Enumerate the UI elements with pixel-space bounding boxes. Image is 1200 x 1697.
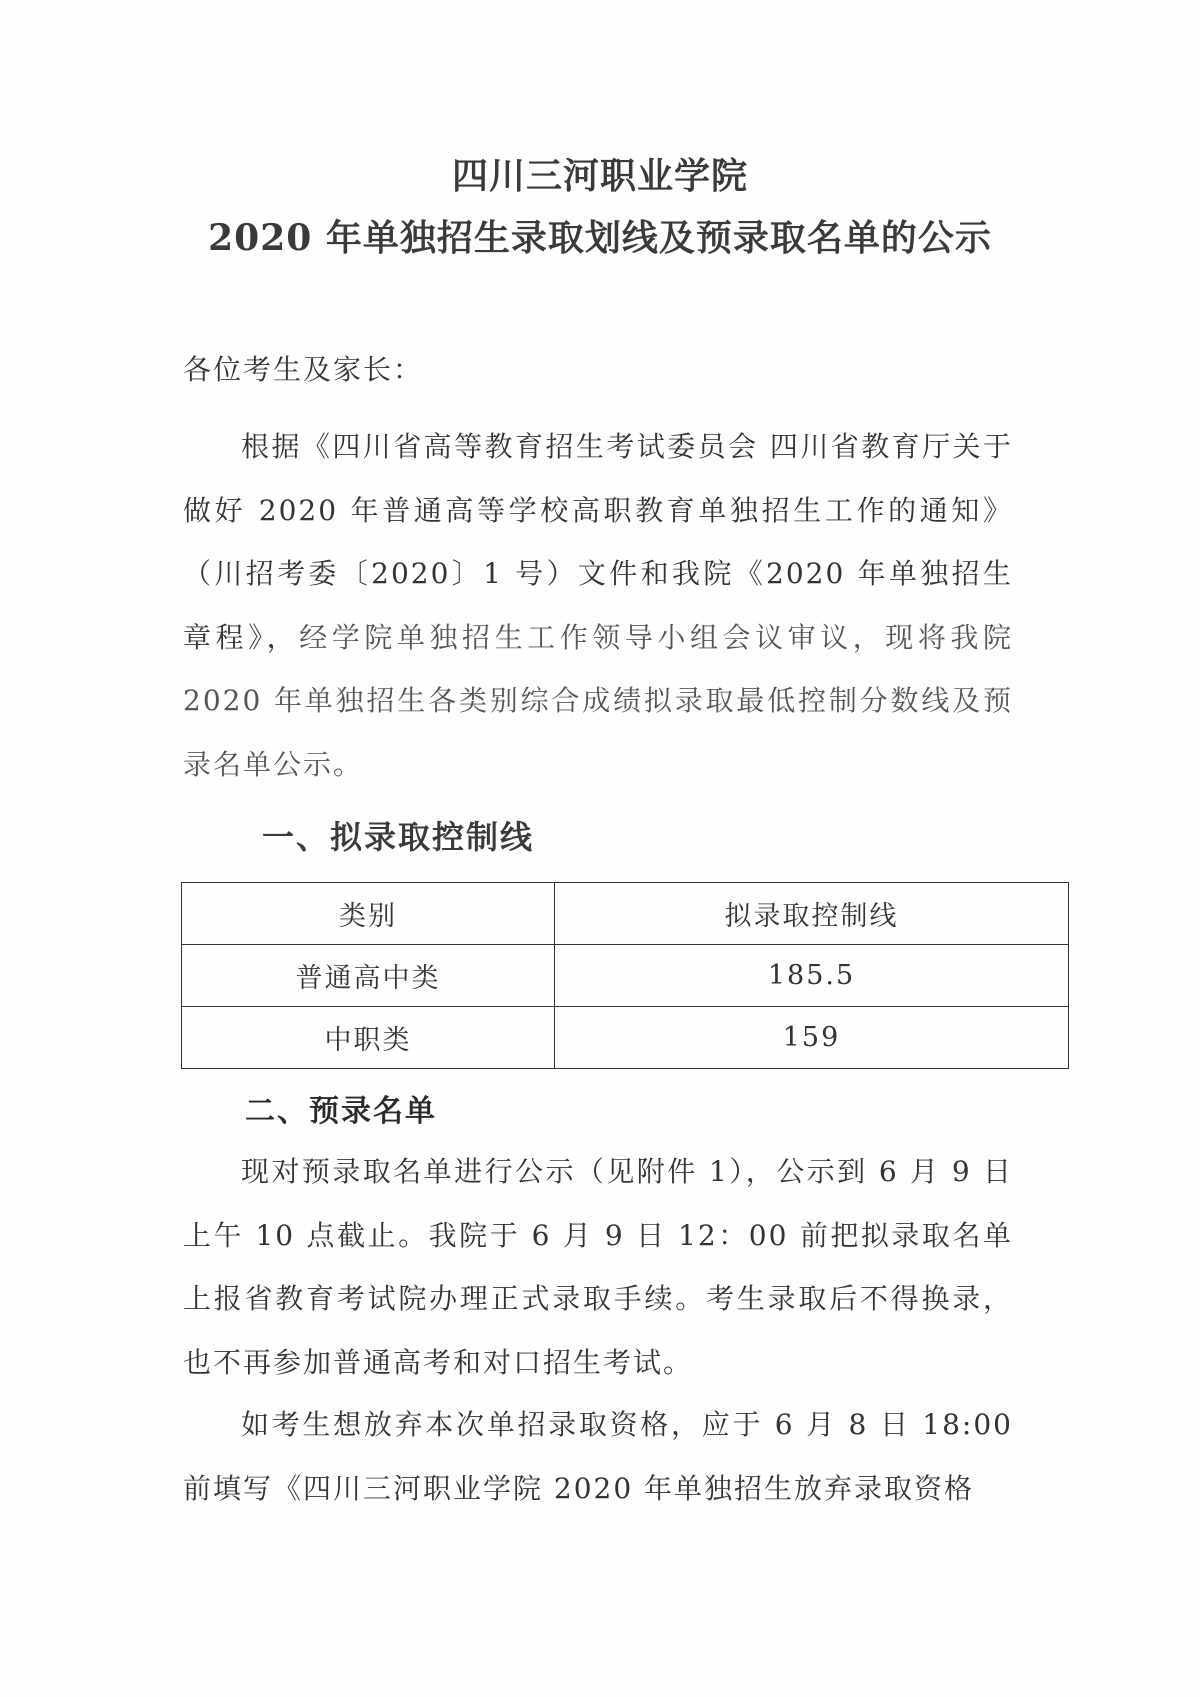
table-cell-score: 185.5	[555, 945, 1069, 1007]
paragraph-intro: 根据《四川省高等教育招生考试委员会 四川省教育厅关于做好 2020 年普通高等学…	[183, 415, 1013, 796]
greeting: 各位考生及家长：	[183, 338, 1013, 402]
document-title-institution: 四川三河职业学院	[0, 148, 1200, 199]
table-header-control-line: 拟录取控制线	[555, 883, 1069, 945]
section-heading-control-line: 一、拟录取控制线	[262, 812, 534, 858]
table-row: 普通高中类 185.5	[182, 945, 1069, 1007]
document-title-notice: 2020 年单独招生录取划线及预录取名单的公示	[0, 210, 1200, 261]
paragraph-intro-part2: 经学院单独招生工作领导小组会议审议，现将我院 2020 年单独招生各类别综合成绩…	[183, 621, 1013, 781]
control-line-table: 类别 拟录取控制线 普通高中类 185.5 中职类 159	[181, 882, 1069, 1069]
section-heading-pre-admission-list: 二、预录名单	[245, 1086, 437, 1130]
table-cell-category: 中职类	[182, 1007, 555, 1069]
paragraph-publicity: 现对预录取名单进行公示（见附件 1），公示到 6 月 9 日上午 10 点截止。…	[183, 1140, 1013, 1394]
table-header-category: 类别	[182, 883, 555, 945]
table-row: 中职类 159	[182, 1007, 1069, 1069]
table-header-row: 类别 拟录取控制线	[182, 883, 1069, 945]
document-page: 四川三河职业学院 2020 年单独招生录取划线及预录取名单的公示 各位考生及家长…	[0, 0, 1200, 1697]
table-cell-category: 普通高中类	[182, 945, 555, 1007]
paragraph-withdrawal: 如考生想放弃本次单招录取资格，应于 6 月 8 日 18:00 前填写《四川三河…	[183, 1393, 1013, 1520]
table-cell-score: 159	[555, 1007, 1069, 1069]
